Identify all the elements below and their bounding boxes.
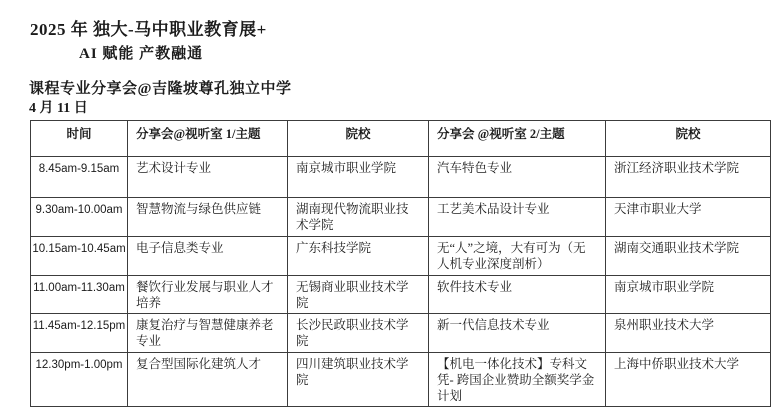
- time-cell: 11.00am-11.30am: [31, 275, 128, 314]
- header-college-2: 院校: [606, 121, 771, 157]
- document-title: 2025 年 独大-马中职业教育展+: [30, 15, 267, 40]
- topic-cell: 软件技术专业: [429, 275, 606, 314]
- topic-cell: 智慧物流与绿色供应链: [128, 198, 288, 237]
- college-cell: 上海中侨职业技术大学: [606, 352, 771, 407]
- college-cell: 湖南现代物流职业技术学院: [288, 198, 429, 237]
- header-college-1: 院校: [288, 121, 429, 157]
- college-cell: 广东科技学院: [288, 236, 429, 275]
- session-subtitle: 课程专业分享会@吉隆坡尊孔独立中学: [29, 77, 291, 98]
- document-page: 2025 年 独大-马中职业教育展+ AI 赋能 产教融通 课程专业分享会@吉隆…: [0, 0, 773, 420]
- document-title-line2: AI 赋能 产教融通: [79, 42, 203, 63]
- college-cell: 四川建筑职业技术学院: [288, 352, 429, 407]
- schedule-row: 11.00am-11.30am 餐饮行业发展与职业人才培养 无锡商业职业技术学院…: [31, 275, 771, 314]
- college-cell: 浙江经济职业技术学院: [606, 157, 771, 198]
- schedule-table: 时间 分享会@视听室 1/主题 院校 分享会 @视听室 2/主题 院校 8.45…: [30, 120, 771, 407]
- time-cell: 10.15am-10.45am: [31, 236, 128, 275]
- topic-cell: 康复治疗与智慧健康养老专业: [128, 314, 288, 353]
- header-session2-topic: 分享会 @视听室 2/主题: [429, 121, 606, 157]
- time-cell: 9.30am-10.00am: [31, 198, 128, 237]
- topic-cell: 工艺美术品设计专业: [429, 198, 606, 237]
- schedule-row: 11.45am-12.15pm 康复治疗与智慧健康养老专业 长沙民政职业技术学院…: [31, 314, 771, 353]
- college-cell: 长沙民政职业技术学院: [288, 314, 429, 353]
- topic-cell: 【机电一体化技术】专科文凭- 跨国企业赞助全额奖学金计划: [429, 352, 606, 407]
- topic-cell: 艺术设计专业: [128, 157, 288, 198]
- topic-cell: 汽车特色专业: [429, 157, 606, 198]
- event-date: 4 月 11 日: [29, 97, 88, 117]
- time-cell: 11.45am-12.15pm: [31, 314, 128, 353]
- college-cell: 无锡商业职业技术学院: [288, 275, 429, 314]
- schedule-row: 12.30pm-1.00pm 复合型国际化建筑人才 四川建筑职业技术学院 【机电…: [31, 352, 771, 407]
- schedule-row: 8.45am-9.15am 艺术设计专业 南京城市职业学院 汽车特色专业 浙江经…: [31, 157, 771, 198]
- header-time: 时间: [31, 121, 128, 157]
- header-session1-topic: 分享会@视听室 1/主题: [128, 121, 288, 157]
- schedule-row: 10.15am-10.45am 电子信息类专业 广东科技学院 无“人”之境，大有…: [31, 236, 771, 275]
- topic-cell: 无“人”之境，大有可为（无人机专业深度剖析）: [429, 236, 606, 275]
- table-header-row: 时间 分享会@视听室 1/主题 院校 分享会 @视听室 2/主题 院校: [31, 121, 771, 157]
- topic-cell: 餐饮行业发展与职业人才培养: [128, 275, 288, 314]
- topic-cell: 复合型国际化建筑人才: [128, 352, 288, 407]
- college-cell: 天津市职业大学: [606, 198, 771, 237]
- topic-cell: 电子信息类专业: [128, 236, 288, 275]
- time-cell: 8.45am-9.15am: [31, 157, 128, 198]
- college-cell: 泉州职业技术大学: [606, 314, 771, 353]
- college-cell: 湖南交通职业技术学院: [606, 236, 771, 275]
- college-cell: 南京城市职业学院: [288, 157, 429, 198]
- time-cell: 12.30pm-1.00pm: [31, 352, 128, 407]
- schedule-row: 9.30am-10.00am 智慧物流与绿色供应链 湖南现代物流职业技术学院 工…: [31, 198, 771, 237]
- topic-cell: 新一代信息技术专业: [429, 314, 606, 353]
- college-cell: 南京城市职业学院: [606, 275, 771, 314]
